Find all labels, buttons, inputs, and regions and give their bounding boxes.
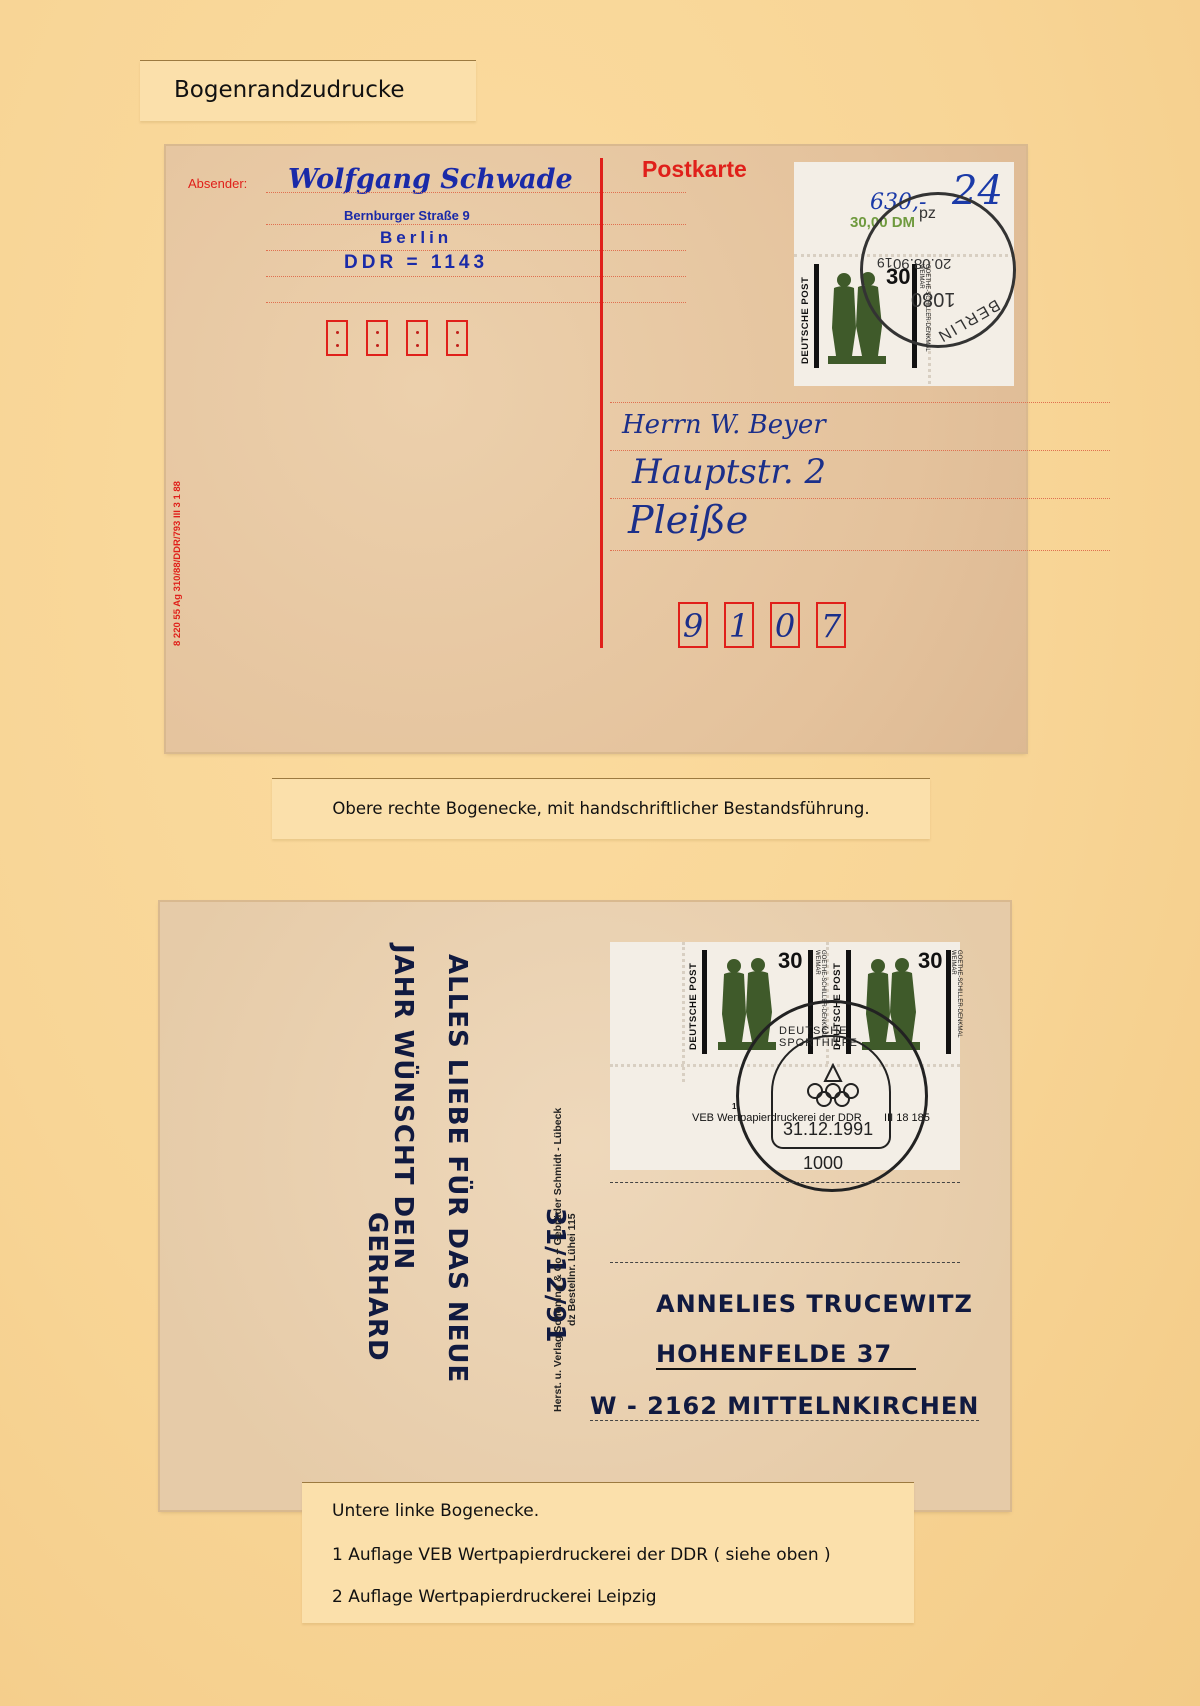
stamp-country: DEUTSCHE POST [800, 264, 811, 364]
caption-upper-card: Obere rechte Bogenecke, mit handschriftl… [272, 778, 930, 839]
sender-city: Berlin [380, 228, 452, 248]
sender-postcode-box [326, 320, 348, 356]
sender-postcode-box [446, 320, 468, 356]
special-postmark: DEUTSCHE SPORTHILFE 31.12.1991 1000 BERL… [736, 1000, 928, 1192]
sender-postcode-box [406, 320, 428, 356]
recipient-postcode-digit: 1 [724, 602, 754, 648]
sender-postcode-box [366, 320, 388, 356]
card-imprint-code: 8 220 55 Ag 310/88/DDR/793 III 3 1 88 [172, 481, 183, 646]
caption-lower-line1: Untere linke Bogenecke. [332, 1501, 539, 1521]
stamp-sheet-corner: 630,- 30,00 DM 24 DEUTSCHE POST 30 GOETH… [794, 162, 1014, 386]
recipient-name: ANNELIES TRUCEWITZ [656, 1290, 973, 1318]
recipient-city: Pleiße [628, 498, 748, 542]
postmark-code: 1000 [803, 1153, 843, 1174]
recipient-city: W - 2162 MITTELNKIRCHEN [590, 1392, 979, 1421]
postmark-letters: pz [919, 205, 936, 223]
postcard-upper: Absender: Wolfgang Schwade Bernburger St… [166, 146, 1026, 752]
recipient-street: Hauptstr. 2 [632, 452, 826, 492]
caption-lower-line3: 2 Auflage Wertpapierdruckerei Leipzig [332, 1587, 657, 1607]
sender-street: Bernburger Straße 9 [344, 208, 470, 223]
postmark-code: 1080 [911, 287, 956, 310]
postmark-inner-text: DEUTSCHE SPORTHILFE [779, 1025, 925, 1049]
caption-lower-line2: 1 Auflage VEB Wertpapierdruckerei der DD… [332, 1545, 831, 1565]
stamp-inscription: GOETHE-SCHILLER-DENKMAL WEIMAR [950, 950, 962, 1054]
publisher-imprint: Herst. u. Verlag Schöning & Co + Gebrüde… [552, 1108, 564, 1412]
sender-name: Wolfgang Schwade [288, 164, 573, 195]
message-line: ALLES LIEBE FÜR DAS NEUE [442, 954, 472, 1383]
stamp-value: 30 [778, 948, 802, 974]
sender-postcode: DDR = 1143 [344, 252, 488, 274]
caption-lower-card: Untere linke Bogenecke. 1 Auflage VEB We… [302, 1482, 914, 1623]
stamp-sheet-corner: DEUTSCHE POST 30 GOETHE-SCHILLER-DENKMAL… [610, 942, 960, 1170]
caption-upper-text: Obere rechte Bogenecke, mit handschriftl… [272, 799, 930, 818]
postmark-date: 20.08.90 [893, 255, 951, 272]
postmark-hour: 19 [877, 255, 893, 271]
recipient-name: Herrn W. Beyer [622, 410, 826, 440]
card-type-label: Postkarte [642, 156, 747, 183]
page-title: Bogenrandzudrucke [174, 77, 404, 103]
message-signature: GERHARD [362, 1212, 392, 1362]
stamp-value: 30 [918, 948, 942, 974]
page-title-strip: Bogenrandzudrucke [140, 60, 476, 121]
olympic-rings-icon [803, 1063, 863, 1107]
recipient-postcode-digit: 9 [678, 602, 708, 648]
sender-label: Absender: [188, 176, 247, 191]
postmark: pz 20.08.90 19 1080 BERLIN [860, 192, 1016, 348]
recipient-postcode-digit: 0 [770, 602, 800, 648]
recipient-postcode-digit: 7 [816, 602, 846, 648]
stamp-country: DEUTSCHE POST [688, 952, 699, 1050]
recipient-street: HOHENFELDE 37 [656, 1340, 916, 1370]
postcard-lower: ALLES LIEBE FÜR DAS NEUE JAHR WÜNSCHT DE… [160, 902, 1010, 1510]
publisher-order-number: dz Bestellnr. Lühei 115 [566, 1213, 578, 1326]
message-line: JAHR WÜNSCHT DEIN [388, 944, 418, 1270]
postmark-date: 31.12.1991 [783, 1119, 873, 1140]
card-divider [600, 158, 603, 648]
